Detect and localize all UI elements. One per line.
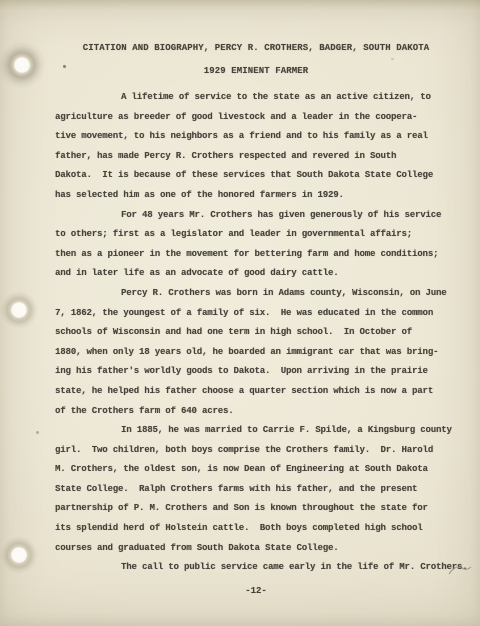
document-line: ing his father's worldly goods to Dakota…: [55, 366, 465, 386]
document-line: agriculture as breeder of good livestock…: [55, 112, 465, 132]
document-line: 1880, when only 18 years old, he boarded…: [55, 347, 465, 367]
document-line: to others; first as a legislator and lea…: [55, 229, 465, 249]
document-line: schools of Wisconsin and had one term in…: [55, 327, 465, 347]
document-line: girl. Two children, both boys comprise t…: [55, 445, 465, 465]
punch-hole-bottom: [0, 527, 47, 583]
document-header: CITATION AND BIOGRAPHY, PERCY R. CROTHER…: [55, 37, 457, 83]
punch-hole-middle: [0, 282, 47, 338]
page-number: -12-: [55, 586, 457, 596]
document-line: and in later life as an advocate of good…: [55, 268, 465, 288]
document-line: M. Crothers, the oldest son, is now Dean…: [55, 464, 465, 484]
document-line: A lifetime of service to the state as an…: [55, 92, 465, 112]
document-line: For 48 years Mr. Crothers has given gene…: [55, 210, 465, 230]
document-line: its splendid herd of Holstein cattle. Bo…: [55, 523, 465, 543]
scanned-document-page: CITATION AND BIOGRAPHY, PERCY R. CROTHER…: [0, 0, 480, 626]
document-line: has selected him as one of the honored f…: [55, 190, 465, 210]
document-line: 7, 1862, the youngest of a family of six…: [55, 308, 465, 328]
pencil-flourish-mark: [447, 561, 473, 579]
paper-speck: [36, 431, 39, 434]
document-line: In 1885, he was married to Carrie F. Spi…: [55, 425, 465, 445]
document-line: partnership of P. M. Crothers and Son is…: [55, 503, 465, 523]
document-line: of the Crothers farm of 640 acres.: [55, 406, 465, 426]
document-body: A lifetime of service to the state as an…: [55, 92, 465, 582]
document-line: state, he helped his father choose a qua…: [55, 386, 465, 406]
document-line: then as a pioneer in the movement for be…: [55, 249, 465, 269]
document-line: father, has made Percy R. Crothers respe…: [55, 151, 465, 171]
document-line: courses and graduated from South Dakota …: [55, 543, 465, 563]
document-line: The call to public service came early in…: [55, 562, 465, 582]
document-line: Dakota. It is because of these services …: [55, 170, 465, 190]
document-line: State College. Ralph Crothers farms with…: [55, 484, 465, 504]
document-line: tive movement, to his neighbors as a fri…: [55, 131, 465, 151]
document-title: CITATION AND BIOGRAPHY, PERCY R. CROTHER…: [55, 37, 457, 60]
document-line: Percy R. Crothers was born in Adams coun…: [55, 288, 465, 308]
document-subtitle: 1929 EMINENT FARMER: [55, 60, 457, 83]
